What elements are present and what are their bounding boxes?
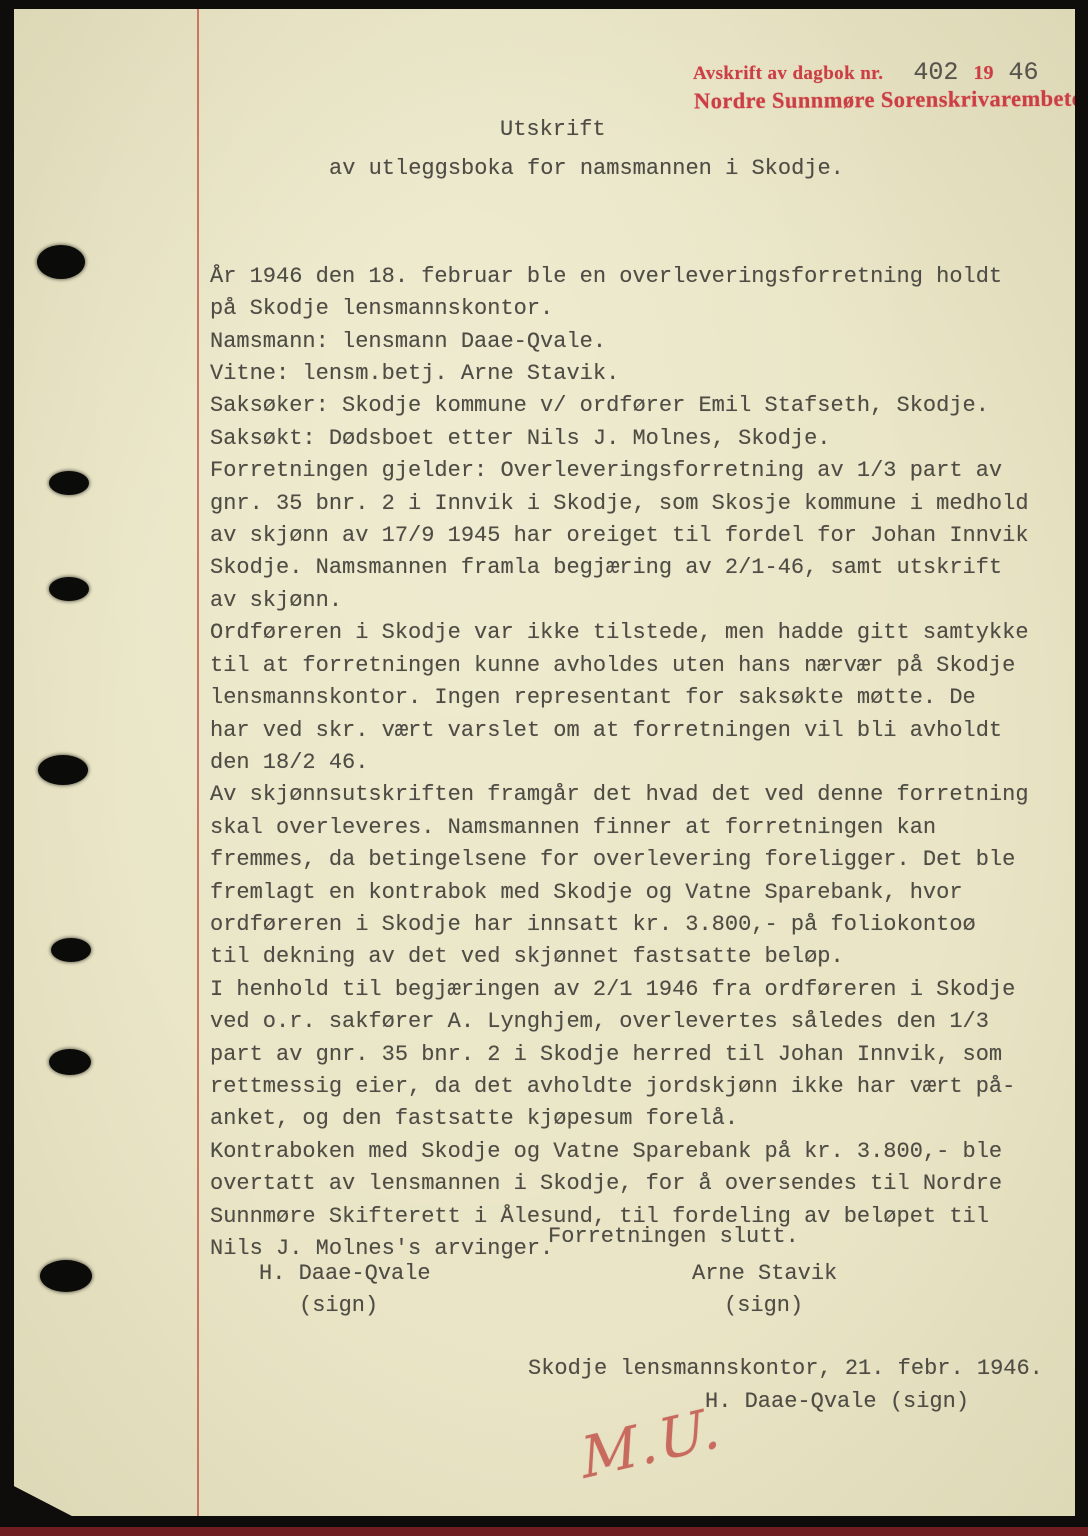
- date-place-line: Skodje lensmannskontor, 21. febr. 1946.: [528, 1353, 1043, 1385]
- signature-right-name: Arne Stavik: [692, 1258, 837, 1290]
- text-line: Namsmann: lensmann Daae-Qvale.: [210, 326, 1029, 358]
- text-line: Saksøker: Skodje kommune v/ ordfører Emi…: [210, 390, 1029, 422]
- text-line: rettmessig eier, da det avholdte jordskj…: [210, 1071, 1029, 1103]
- scan-edge-stripe: [0, 1527, 1088, 1536]
- journal-number: 402: [913, 58, 958, 87]
- text-line: av skjønn.: [210, 585, 1029, 617]
- text-line: fremlagt en kontrabok med Skodje og Vatn…: [210, 877, 1029, 909]
- stamp-year-prefix: 19: [973, 62, 993, 84]
- text-line: I henhold til begjæringen av 2/1 1946 fr…: [210, 974, 1029, 1006]
- paper-sheet: Avskrift av dagbok nr. 402 19 46 Nordre …: [14, 9, 1075, 1516]
- document-scan-page: Avskrift av dagbok nr. 402 19 46 Nordre …: [0, 0, 1088, 1536]
- journal-year: 46: [1008, 58, 1038, 87]
- body-lines-main: År 1946 den 18. februar ble en overlever…: [210, 261, 1029, 1266]
- document-subtitle: av utleggsboka for namsmannen i Skodje.: [329, 153, 844, 185]
- stamp-label-text: Avskrift av dagbok nr.: [693, 63, 883, 84]
- text-line: Forretningen gjelder: Overleveringsforre…: [210, 455, 1029, 487]
- signature-right-sign: (sign): [724, 1290, 803, 1322]
- final-signature: H. Daae-Qvale (sign): [705, 1386, 969, 1418]
- journal-entry-stamp: Avskrift av dagbok nr. 402 19 46: [693, 58, 1038, 87]
- text-line: anket, og den fastsatte kjøpesum forelå.: [210, 1103, 1029, 1135]
- handwritten-initials-mark: M.U.: [578, 1395, 725, 1492]
- spacer: [883, 58, 913, 87]
- text-line: har ved skr. vært varslet om at forretni…: [210, 715, 1029, 747]
- text-line: på Skodje lensmannskontor.: [210, 293, 1029, 325]
- text-line: til dekning av det ved skjønnet fastsatt…: [210, 941, 1029, 973]
- margin-rule-line: [197, 9, 199, 1516]
- text-line: Saksøkt: Dødsboet etter Nils J. Molnes, …: [210, 423, 1029, 455]
- signature-left-name: H. Daae-Qvale: [259, 1258, 431, 1290]
- text-line: skal overleveres. Namsmannen finner at f…: [210, 812, 1029, 844]
- body-text: År 1946 den 18. februar ble en overlever…: [210, 196, 1029, 1330]
- signature-left-sign: (sign): [299, 1290, 378, 1322]
- text-line: gnr. 35 bnr. 2 i Innvik i Skodje, som Sk…: [210, 488, 1029, 520]
- text-line: av skjønn av 17/9 1945 har oreiget til f…: [210, 520, 1029, 552]
- text-line: År 1946 den 18. februar ble en overlever…: [210, 261, 1029, 293]
- text-line: lensmannskontor. Ingen representant for …: [210, 682, 1029, 714]
- document-title: Utskrift: [500, 114, 606, 146]
- text-line: ved o.r. sakfører A. Lynghjem, overlever…: [210, 1006, 1029, 1038]
- spacer: [958, 58, 973, 87]
- text-line: Vitne: lensm.betj. Arne Stavik.: [210, 358, 1029, 390]
- text-line: Skodje. Namsmannen framla begjæring av 2…: [210, 552, 1029, 584]
- text-line: part av gnr. 35 bnr. 2 i Skodje herred t…: [210, 1039, 1029, 1071]
- text-line: overtatt av lensmannen i Skodje, for å o…: [210, 1168, 1029, 1200]
- text-line: til at forretningen kunne avholdes uten …: [210, 650, 1029, 682]
- text-line: ordføreren i Skodje har innsatt kr. 3.80…: [210, 909, 1029, 941]
- text-line: fremmes, da betingelsene for overleverin…: [210, 844, 1029, 876]
- text-line: Av skjønnsutskriften framgår det hvad de…: [210, 779, 1029, 811]
- closing-line: Forretningen slutt.: [548, 1221, 799, 1253]
- text-line: Ordføreren i Skodje var ikke tilstede, m…: [210, 617, 1029, 649]
- text-line: den 18/2 46.: [210, 747, 1029, 779]
- text-line: Kontraboken med Skodje og Vatne Spareban…: [210, 1136, 1029, 1168]
- office-name-stamp: Nordre Sunnmøre Sorenskrivarembete: [694, 86, 1082, 115]
- spacer: [993, 58, 1008, 87]
